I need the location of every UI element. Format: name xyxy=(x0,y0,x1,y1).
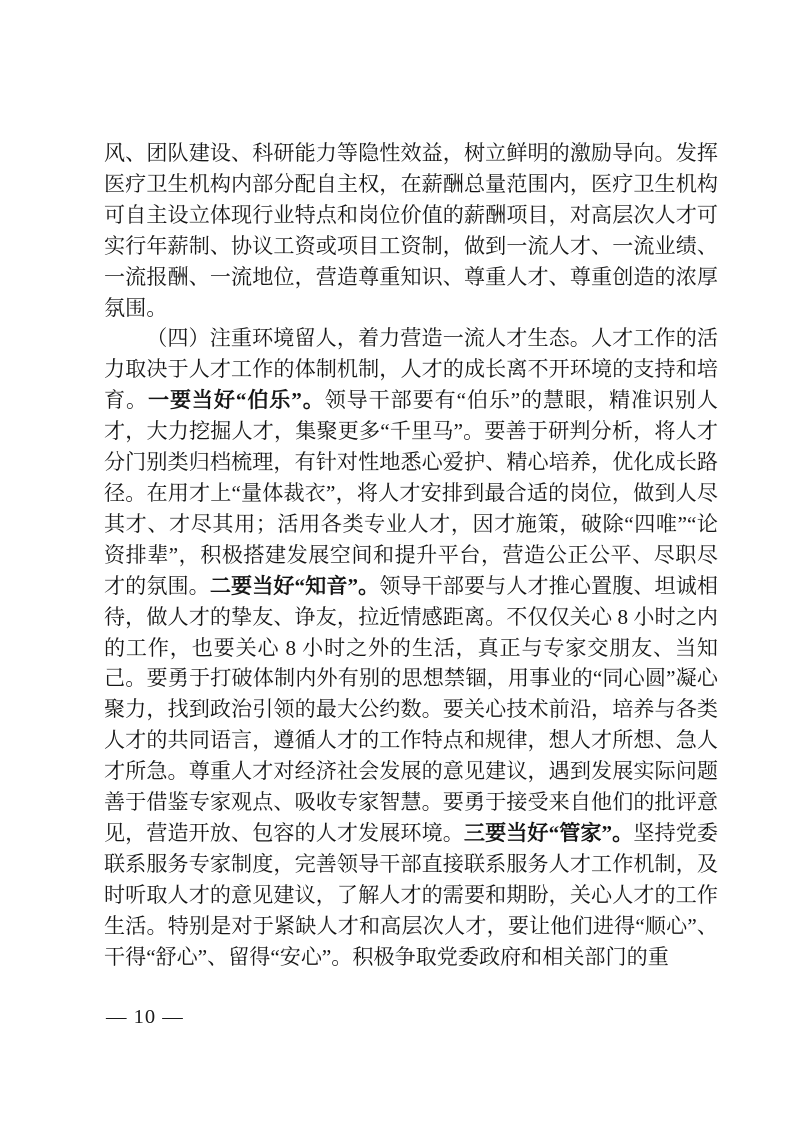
page-number: — 10 — xyxy=(106,1006,184,1028)
document-page: 风、团队建设、科研能力等隐性效益，树立鲜明的激励导向。发挥医疗卫生机构内部分配自… xyxy=(0,0,794,1123)
document-body: 风、团队建设、科研能力等隐性效益，树立鲜明的激励导向。发挥医疗卫生机构内部分配自… xyxy=(104,138,718,972)
paragraph: 风、团队建设、科研能力等隐性效益，树立鲜明的激励导向。发挥医疗卫生机构内部分配自… xyxy=(104,138,718,323)
emphasis-heading-run: 三要当好“管家”。 xyxy=(464,821,633,845)
text-run: 领导干部要有“伯乐”的慧眼，精准识别人才，大力挖掘人才，集聚更多“千里马”。要善… xyxy=(104,388,718,597)
text-run: 风、团队建设、科研能力等隐性效益，树立鲜明的激励导向。发挥医疗卫生机构内部分配自… xyxy=(104,141,718,320)
page-footer: — 10 — xyxy=(106,1002,184,1032)
emphasis-heading-run: 一要当好“伯乐”。 xyxy=(148,388,325,412)
emphasis-heading-run: 二要当好“知音”。 xyxy=(210,574,379,598)
text-run: 领导干部要与人才推心置腹、坦诚相待，做人才的挚友、诤友，拉近情感距离。不仅仅关心… xyxy=(104,574,718,845)
paragraph: （四）注重环境留人，着力营造一流人才生态。人才工作的活力取决于人才工作的体制机制… xyxy=(104,323,718,972)
